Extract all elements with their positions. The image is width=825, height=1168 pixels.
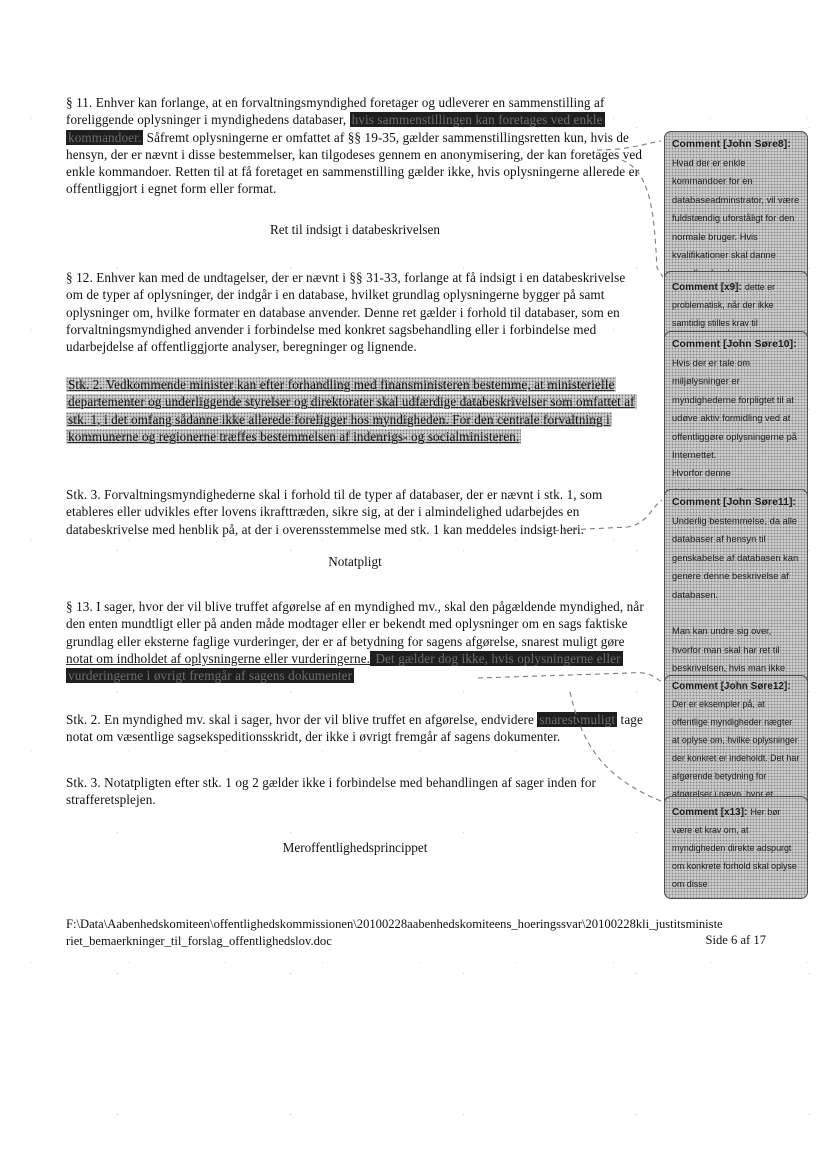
comment-author-label: Comment [John Søre10]: xyxy=(672,337,800,352)
comment-john-sore11: Comment [John Søre11]:Underlig bestemmel… xyxy=(664,489,808,702)
paragraph-text: Stk. 2. En myndighed mv. skal i sager, h… xyxy=(66,712,537,727)
scanned-document-page: § 11. Enhver kan forlange, at en forvalt… xyxy=(0,0,825,1168)
page-footer: F:\Data\Aabenhedskomiteen\offentlighedsk… xyxy=(66,916,766,949)
heading-ret-til-indsigt: Ret til indsigt i databeskrivelsen xyxy=(66,221,644,238)
paragraph-section-12-stk2: Stk. 2. Vedkommende minister kan efter f… xyxy=(66,376,644,445)
paragraph-section-12-stk3: Stk. 3. Forvaltningsmyndighederne skal i… xyxy=(66,486,644,538)
underlined-text: notat om indholdet af oplysningerne elle… xyxy=(66,651,370,666)
comment-author-label: Comment [John Søre8]: xyxy=(672,137,800,152)
redacted-text: snarest muligt xyxy=(537,712,617,727)
comment-text: Her bør være et krav om, at myndigheden … xyxy=(672,807,797,889)
heading-notatpligt: Notatpligt xyxy=(66,553,644,570)
comment-author-label: Comment [x9]: xyxy=(672,282,742,293)
paragraph-section-11: § 11. Enhver kan forlange, at en forvalt… xyxy=(66,94,644,198)
paragraph-section-13-stk3: Stk. 3. Notatpligten efter stk. 1 og 2 g… xyxy=(66,774,644,809)
comment-author-label: Comment [John Søre12]: xyxy=(672,681,797,692)
marked-change-text: Stk. 2. Vedkommende minister kan efter f… xyxy=(66,377,637,444)
comment-author-label: Comment [x13]: xyxy=(672,807,747,818)
paragraph-section-12: § 12. Enhver kan med de undtagelser, der… xyxy=(66,269,644,355)
paragraph-text: Såfremt oplysningerne er omfattet af §§ … xyxy=(66,130,642,197)
heading-meroffentlighedsprincippet: Meroffentlighedsprincippet xyxy=(66,839,644,856)
paragraph-section-13: § 13. I sager, hvor der vil blive truffe… xyxy=(66,598,644,684)
comment-john-sore10: Comment [John Søre10]:Hvis der er tale o… xyxy=(664,331,808,507)
comment-text: Underlig bestemmelse, da alle databaser … xyxy=(672,516,798,692)
paragraph-text: § 13. I sager, hvor der vil blive truffe… xyxy=(66,599,644,649)
comment-text: Hvis der er tale om miljølysninger er my… xyxy=(672,358,797,497)
comment-x13: Comment [x13]:Her bør være et krav om, a… xyxy=(664,796,808,899)
footer-file-path: F:\Data\Aabenhedskomiteen\offentlighedsk… xyxy=(66,916,726,949)
comment-author-label: Comment [John Søre11]: xyxy=(672,495,800,510)
paragraph-section-13-stk2: Stk. 2. En myndighed mv. skal i sager, h… xyxy=(66,711,644,746)
footer-page-number: Side 6 af 17 xyxy=(705,932,766,949)
